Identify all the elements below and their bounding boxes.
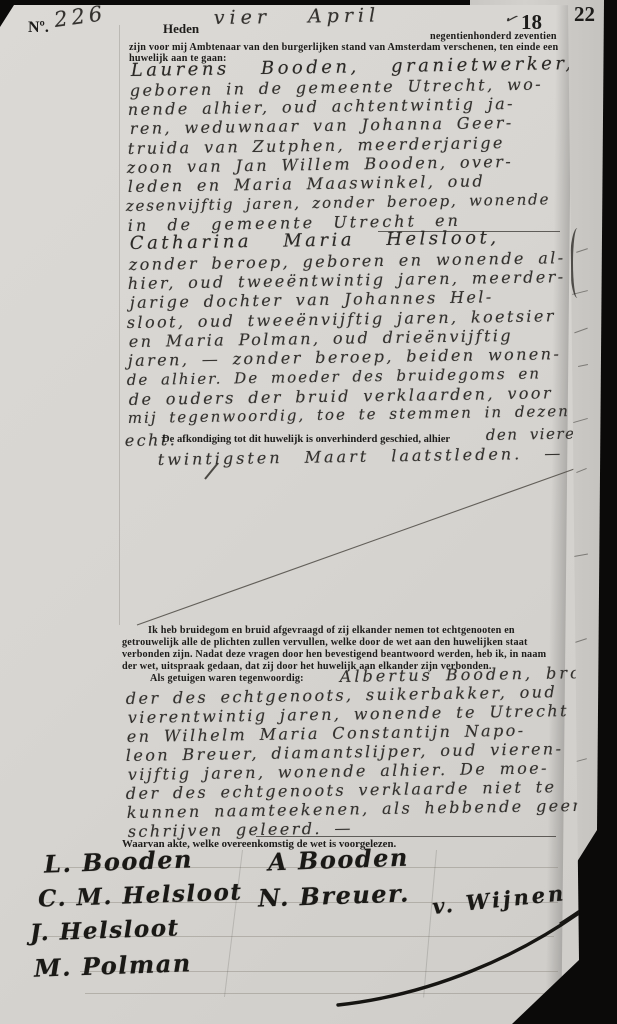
signature-mother-bride: M. Polman <box>34 948 193 982</box>
stray-ink-mark <box>576 468 587 473</box>
clerk-check-mark: ✓ <box>502 8 522 30</box>
stray-ink-mark <box>578 364 588 367</box>
margin-rule <box>119 25 120 625</box>
act-number-label: Nº. <box>28 19 49 37</box>
binding-curve-mark <box>570 228 585 298</box>
signature-column-divider <box>224 850 243 997</box>
stray-ink-mark <box>575 638 587 643</box>
stray-ink-mark <box>574 328 587 334</box>
act-number: 226 <box>53 1 108 32</box>
blank-filler-rule <box>256 836 556 837</box>
printed-declaration-line: verbonden zijn. Nadat deze vragen door h… <box>122 649 546 660</box>
printed-year: negentienhonderd zeventien <box>430 31 557 42</box>
printed-afkondiging: De afkondiging tot dit huwelijk is onver… <box>162 434 450 445</box>
printed-afkondiging-lead: De afkondiging <box>162 434 231 445</box>
signature-father-bride: J. Helsloot <box>30 914 181 946</box>
ruled-line <box>85 993 555 994</box>
signature-bride: C. M. Helsloot <box>38 878 243 912</box>
signature-witness-2: N. Breuer. <box>258 878 411 912</box>
record-page: Nº. 226 Heden vier April ✓ 18 negentienh… <box>0 5 600 1024</box>
page-edge-shadow <box>546 5 572 995</box>
scanned-marriage-record: 22 Nº. 226 Heden vier April ✓ 18 negenti… <box>0 0 617 1024</box>
signature-column-divider <box>423 850 437 998</box>
stray-ink-mark <box>573 418 588 423</box>
next-page-number: 22 <box>574 2 595 27</box>
signature-groom: L. Booden <box>44 844 194 878</box>
printed-heden: Heden <box>163 21 199 37</box>
signature-witness-1: A Booden <box>268 843 410 877</box>
printed-declaration-line: getrouwelijk alle de plichten zullen ver… <box>122 637 528 648</box>
printed-intro-line1: zijn voor mij Ambtenaar van den burgerli… <box>129 42 558 53</box>
printed-witness-intro: Als getuigen waren tegenwoordig: <box>150 673 304 684</box>
printed-declaration-line: Ik heb bruidegom en bruid afgevraagd of … <box>148 625 515 636</box>
handwritten-banns-date-2: twintigsten Maart laatstleden. — <box>158 444 564 469</box>
printed-afkondiging-rest: tot dit huwelijk is onverhinderd geschie… <box>231 434 450 445</box>
handwritten-date: vier April <box>214 4 381 29</box>
